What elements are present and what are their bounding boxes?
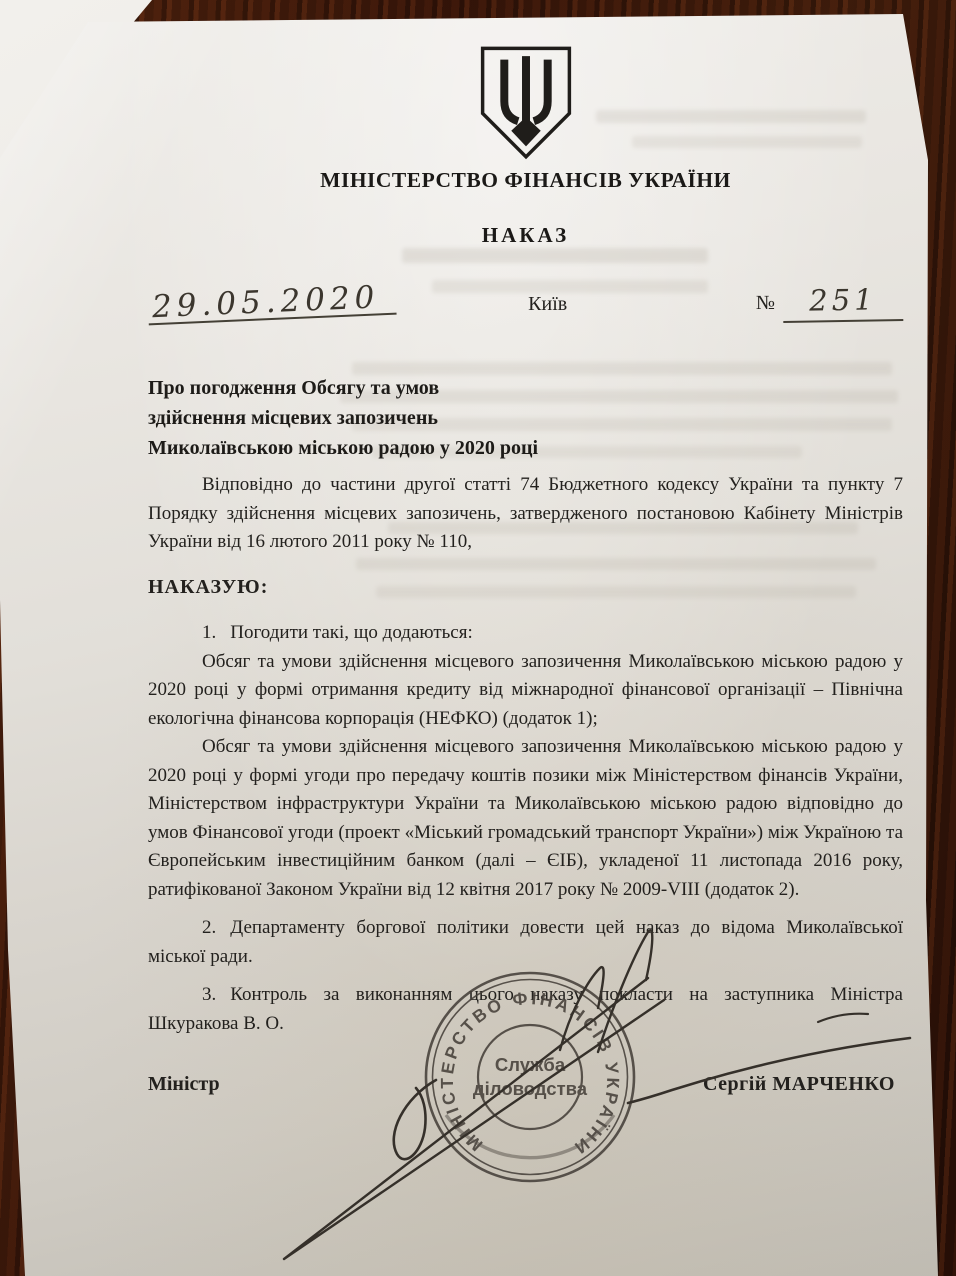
city-label: Київ [528, 290, 567, 319]
item-1-paragraph-2: Обсяг та умови здійснення місцевого запо… [148, 733, 903, 904]
item-number: 3. [202, 984, 230, 1005]
item-1-paragraph-1: Обсяг та умови здійснення місцевого запо… [148, 648, 903, 734]
photo-scene: МІНІСТЕРСТВО ФІНАНСІВ УКРАЇНИ НАКАЗ 29.0… [0, 0, 956, 1276]
item-number: 2. [202, 917, 230, 938]
document-page: МІНІСТЕРСТВО ФІНАНСІВ УКРАЇНИ НАКАЗ 29.0… [0, 0, 956, 1276]
tryzub-emblem-icon [473, 44, 579, 162]
number-sign-label: № [756, 289, 775, 322]
document-type-title: НАКАЗ [148, 221, 903, 250]
number-underline: 251 [783, 285, 904, 323]
document-content: МІНІСТЕРСТВО ФІНАНСІВ УКРАЇНИ НАКАЗ 29.0… [148, 0, 903, 1099]
signer-position-label: Міністр [148, 1070, 220, 1099]
preamble-paragraph: Відповідно до частини другої статті 74 Б… [148, 471, 903, 557]
subject-line: здійснення місцевих запозичень [148, 403, 903, 433]
order-word: НАКАЗУЮ: [148, 573, 903, 602]
handwritten-document-number: 251 [809, 283, 877, 318]
stamp-center-text: Служба діловодства [473, 1054, 588, 1099]
svg-text:діловодства: діловодства [473, 1078, 588, 1099]
item-number: 1. [202, 622, 230, 643]
svg-text:Служба: Служба [495, 1054, 566, 1075]
ministry-title: МІНІСТЕРСТВО ФІНАНСІВ УКРАЇНИ [148, 166, 903, 195]
document-number-block: № 251 [756, 286, 903, 322]
subject-block: Про погодження Обсягу та умов здійснення… [148, 373, 903, 463]
subject-line: Про погодження Обсягу та умов [148, 373, 903, 403]
date-number-row: 29.05.2020 Київ № 251 [148, 277, 903, 331]
official-stamp: МІНІСТЕРСТВО ФІНАНСІВ УКРАЇНИ Служба діл… [412, 959, 648, 1195]
handwritten-date: 29.05.2020 [147, 283, 396, 325]
item-1-intro: 1.Погодити такі, що додаються: [148, 619, 903, 648]
signer-name: Сергій МАРЧЕНКО [703, 1070, 895, 1099]
subject-line: Миколаївською міською радою у 2020 році [148, 433, 903, 463]
